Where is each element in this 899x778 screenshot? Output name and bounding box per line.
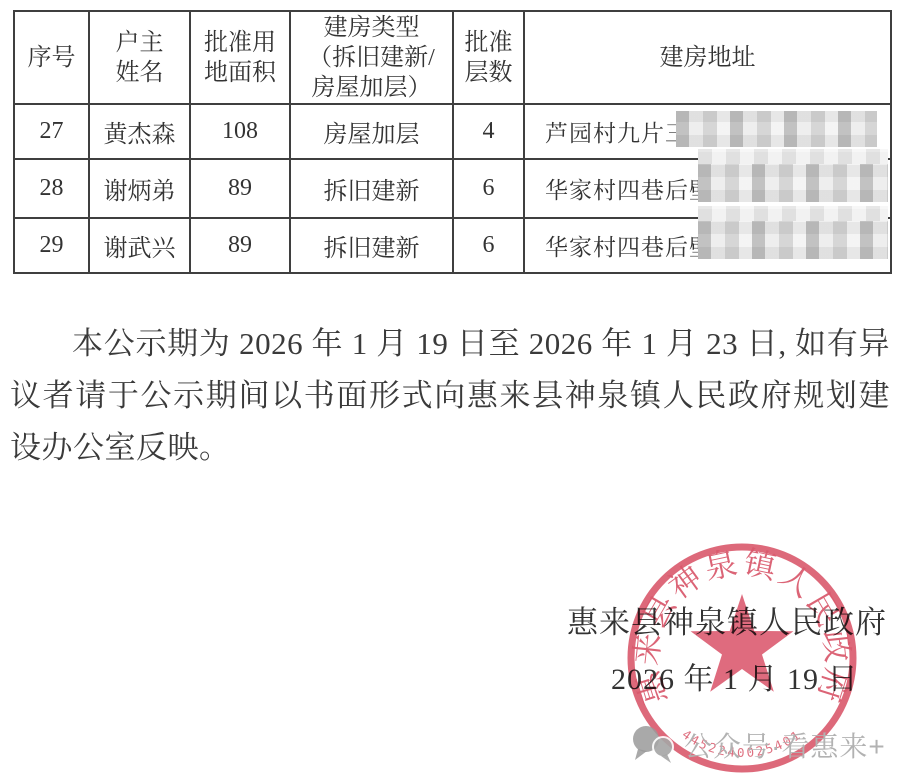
censor-mosaic-row28 xyxy=(698,164,888,202)
cell-floors: 6 xyxy=(453,159,524,218)
cell-type: 房屋加层 xyxy=(290,104,453,159)
censor-mosaic-row29 xyxy=(698,221,888,259)
notice-line-3: 设办公室反映。 xyxy=(10,422,890,474)
cell-floors: 4 xyxy=(453,104,524,159)
cell-floors: 6 xyxy=(453,218,524,273)
header-name: 户主 姓名 xyxy=(89,11,190,104)
cell-name: 黄杰森 xyxy=(89,104,190,159)
header-floors: 批准 层数 xyxy=(453,11,524,104)
cell-area: 108 xyxy=(190,104,290,159)
chat-bubbles-icon xyxy=(630,723,676,767)
table-header-row: 序号 户主 姓名 批准用 地面积 建房类型 （拆旧建新/ 房屋加层） 批准 层数… xyxy=(14,11,891,104)
cell-name: 谢武兴 xyxy=(89,218,190,273)
watermark: 公众号·看惠来+ xyxy=(630,723,886,767)
notice-line-1: 本公示期为 2026 年 1 月 19 日至 2026 年 1 月 23 日, … xyxy=(10,318,890,370)
censor-mosaic-strip xyxy=(698,206,888,221)
header-address: 建房地址 xyxy=(524,11,891,104)
document-page: 序号 户主 姓名 批准用 地面积 建房类型 （拆旧建新/ 房屋加层） 批准 层数… xyxy=(0,0,899,778)
header-type: 建房类型 （拆旧建新/ 房屋加层） xyxy=(290,11,453,104)
cell-no: 28 xyxy=(14,159,89,218)
notice-line-2: 议者请于公示期间以书面形式向惠来县神泉镇人民政府规划建 xyxy=(10,370,890,422)
cell-name: 谢炳弟 xyxy=(89,159,190,218)
header-area: 批准用 地面积 xyxy=(190,11,290,104)
notice-paragraph: 本公示期为 2026 年 1 月 19 日至 2026 年 1 月 23 日, … xyxy=(10,318,890,474)
watermark-text: 公众号·看惠来+ xyxy=(684,725,886,765)
header-no: 序号 xyxy=(14,11,89,104)
cell-no: 29 xyxy=(14,218,89,273)
cell-type: 拆旧建新 xyxy=(290,218,453,273)
seal-star-icon xyxy=(691,594,794,692)
censor-mosaic-row27 xyxy=(676,111,877,147)
cell-no: 27 xyxy=(14,104,89,159)
cell-area: 89 xyxy=(190,159,290,218)
cell-area: 89 xyxy=(190,218,290,273)
censor-mosaic-strip xyxy=(698,149,888,164)
cell-type: 拆旧建新 xyxy=(290,159,453,218)
